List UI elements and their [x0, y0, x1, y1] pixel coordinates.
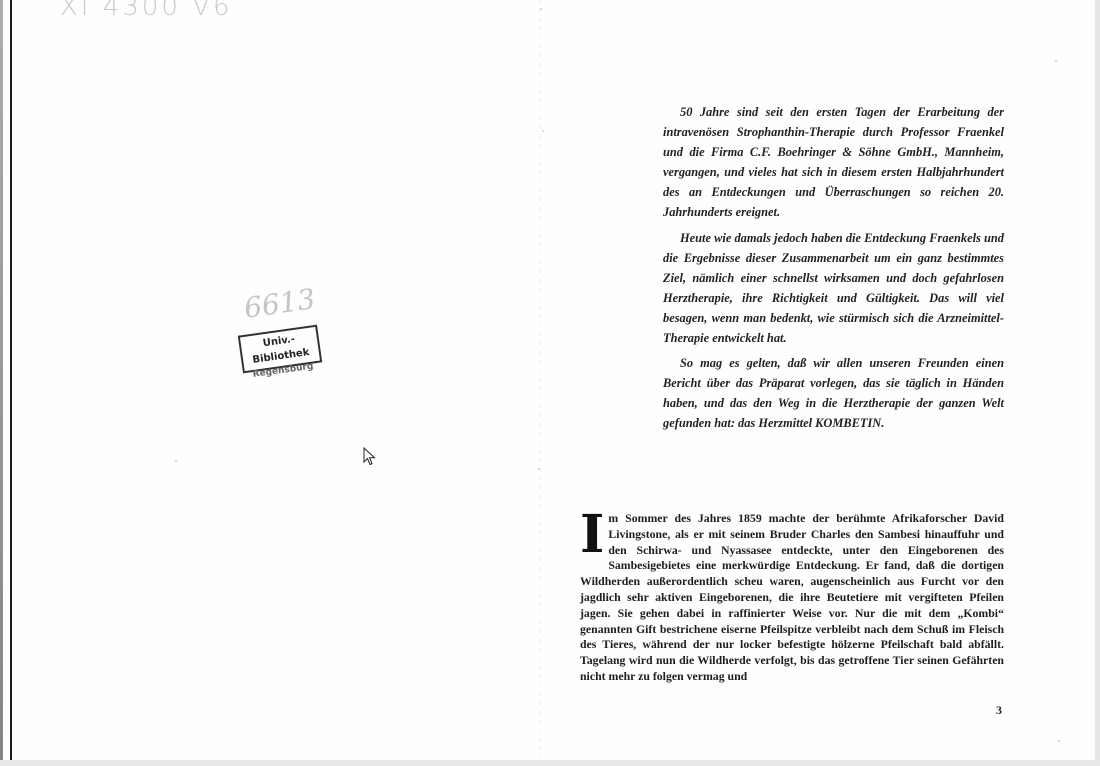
foreword-paragraph: Heute wie damals jedoch haben die Entdec…	[663, 228, 1004, 349]
page-number: 3	[996, 703, 1002, 718]
book-edge-shadow	[0, 0, 3, 760]
handwritten-number: 6613	[242, 282, 317, 325]
scanned-page-spread: XI 4300 V6 6613 Univ.-Bibliothek Regensb…	[0, 0, 1095, 760]
vertical-scrollbar[interactable]	[1095, 0, 1100, 766]
scan-speck	[175, 460, 177, 462]
shelfmark-note: XI 4300 V6	[60, 0, 233, 22]
foreword-paragraph: 50 Jahre sind seit den ersten Tagen der …	[663, 102, 1004, 223]
body-paragraph: m Sommer des Jahres 1859 machte der berü…	[580, 511, 1004, 685]
book-edge-line	[10, 0, 12, 760]
drop-cap: I	[580, 511, 604, 559]
scan-speck	[540, 8, 542, 10]
scan-speck	[1055, 60, 1057, 62]
mouse-pointer-icon	[363, 447, 377, 467]
page-gutter	[540, 0, 541, 760]
scan-speck	[542, 130, 544, 132]
horizontal-scrollbar[interactable]	[0, 760, 1100, 766]
library-stamp: Univ.-Bibliothek Regensburg	[238, 325, 323, 374]
chapter-body: I m Sommer des Jahres 1859 machte der be…	[580, 511, 1004, 685]
foreword-text: 50 Jahre sind seit den ersten Tagen der …	[663, 102, 1004, 439]
scan-speck	[1058, 740, 1060, 742]
foreword-paragraph: So mag es gelten, daß wir allen unseren …	[663, 353, 1004, 433]
scan-speck	[538, 468, 540, 470]
